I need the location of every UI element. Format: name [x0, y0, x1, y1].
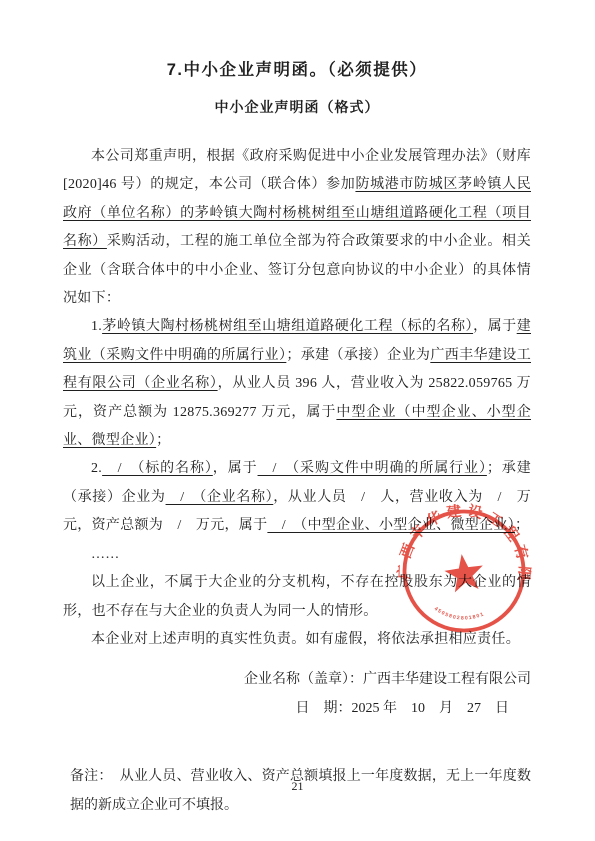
item1-number: 1.	[91, 319, 102, 334]
item1-subject: 茅岭镇大陶村杨桃树组至山塘组道路硬化工程（标的名称）	[102, 319, 473, 334]
item2-number: 2.	[91, 461, 102, 476]
page-subtitle: 中小企业声明函（格式）	[63, 97, 531, 117]
item2-size: / （中型企业、小型企业、微型企业）	[267, 518, 515, 533]
signature-date-line: 日 期：2025 年 10 月 27 日	[63, 695, 531, 723]
item1-end: ；	[156, 433, 170, 448]
paragraph-item2: 2. / （标的名称），属于 / （采购文件中明确的所属行业）；承建（承接）企业…	[63, 455, 531, 540]
item1-sep1: ，属于	[473, 319, 517, 334]
item2-subject: / （标的名称）	[102, 461, 213, 476]
paragraph-responsibility: 本企业对上述声明的真实性负责。如有虚假，将依法承担相应责任。	[63, 626, 531, 654]
document-content: 7.中小企业声明函。（必须提供） 中小企业声明函（格式） 本公司郑重声明，根据《…	[63, 56, 531, 820]
document-page: 7.中小企业声明函。（必须提供） 中小企业声明函（格式） 本公司郑重声明，根据《…	[0, 0, 595, 841]
page-title: 7.中小企业声明函。（必须提供）	[63, 56, 531, 80]
signature-company-line: 企业名称（盖章）：广西丰华建设工程有限公司	[63, 666, 531, 694]
signature-block: 企业名称（盖章）：广西丰华建设工程有限公司 日 期：2025 年 10 月 27…	[63, 666, 531, 723]
paragraph-intro: 本公司郑重声明，根据《政府采购促进中小企业发展管理办法》（财库[2020]46 …	[63, 143, 531, 313]
item1-sep2: ；承建（承接）企业为	[286, 348, 430, 363]
item2-industry: / （采购文件中明确的所属行业）	[258, 461, 487, 476]
intro-tail: 采购活动，工程的施工单位全部为符合政策要求的中小企业。相关企业（含联合体中的中小…	[63, 234, 531, 306]
item2-company: / （企业名称）	[166, 490, 274, 505]
item2-end: ；	[515, 518, 529, 533]
paragraph-ellipsis: ……	[63, 541, 531, 569]
paragraph-assurance: 以上企业，不属于大企业的分支机构，不存在控股股东为大企业的情形，也不存在与大企业…	[63, 569, 531, 626]
page-number: 21	[0, 779, 595, 794]
paragraph-item1: 1.茅岭镇大陶村杨桃树组至山塘组道路硬化工程（标的名称），属于建筑业（采购文件中…	[63, 313, 531, 455]
item2-sep1: ，属于	[213, 461, 258, 476]
